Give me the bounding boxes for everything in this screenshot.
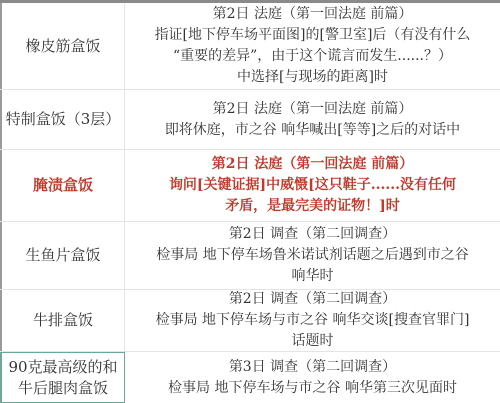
condition-line: 第2日 法庭（第一回法庭 前篇） [213, 4, 413, 25]
unlock-condition: 第2日 法庭（第一回法庭 前篇） 询问[关键证据]中威慑[这只鞋子......没… [125, 150, 500, 221]
condition-line: 检事局 地下停车场与市之谷 响华交谈[搜查官罪门] [156, 310, 470, 331]
condition-line: 指证[地下停车场平面图]的[警卫室]后（有没有什么 [155, 25, 471, 46]
item-name: 腌渍盒饭 [0, 150, 125, 221]
item-name: 牛排盒饭 [0, 290, 125, 351]
unlock-condition: 第2日 法庭（第一回法庭 前篇） 指证[地下停车场平面图]的[警卫室]后（有没有… [125, 3, 500, 89]
table-row: 橡皮筋盒饭 第2日 法庭（第一回法庭 前篇） 指证[地下停车场平面图]的[警卫室… [0, 3, 500, 90]
item-name: 生鱼片盒饭 [0, 222, 125, 289]
table-row: 90克最高级的和 牛后腿肉盒饭 第3日 调查（第二回调查） 检事局 地下停车场与… [0, 352, 500, 403]
table-row-highlighted: 腌渍盒饭 第2日 法庭（第一回法庭 前篇） 询问[关键证据]中威慑[这只鞋子..… [0, 150, 500, 222]
table-row: 牛排盒饭 第2日 调查（第二回调查） 检事局 地下停车场与市之谷 响华交谈[搜查… [0, 290, 500, 352]
item-name-line: 牛后腿肉盒饭 [18, 378, 108, 399]
condition-line: 话题时 [292, 331, 334, 352]
condition-line: 询问[关键证据]中威慑[这只鞋子......没有任何 [169, 175, 456, 196]
condition-line: 第2日 法庭（第一回法庭 前篇） [213, 99, 413, 120]
unlock-condition: 第2日 调查（第二回调查） 检事局 地下停车场鲁米诺试剂话题之后遇到市之谷 响华… [125, 222, 500, 289]
condition-line: 第2日 调查（第二回调查） [229, 224, 396, 245]
unlock-condition: 第3日 调查（第二回调查） 检事局 地下停车场与市之谷 响华第三次见面时 [125, 352, 500, 403]
condition-line: 即将休庭，市之谷 响华喊出[等等]之后的对话中 [165, 120, 460, 141]
unlock-condition: 第2日 调查（第二回调查） 检事局 地下停车场与市之谷 响华交谈[搜查官罪门] … [125, 290, 500, 351]
condition-line: “重要的差异”，由于这个谎言而发生......？） [173, 46, 452, 67]
item-name: 特制盒饭（3层） [0, 90, 125, 149]
table-row: 生鱼片盒饭 第2日 调查（第二回调查） 检事局 地下停车场鲁米诺试剂话题之后遇到… [0, 222, 500, 290]
condition-line: 检事局 地下停车场与市之谷 响华第三次见面时 [168, 378, 457, 399]
item-name: 90克最高级的和 牛后腿肉盒饭 [0, 352, 125, 403]
bento-unlock-table: 橡皮筋盒饭 第2日 法庭（第一回法庭 前篇） 指证[地下停车场平面图]的[警卫室… [0, 0, 500, 403]
condition-line: 第3日 调查（第二回调查） [229, 357, 396, 378]
unlock-condition: 第2日 法庭（第一回法庭 前篇） 即将休庭，市之谷 响华喊出[等等]之后的对话中 [125, 90, 500, 149]
condition-line: 第2日 调查（第二回调查） [229, 289, 396, 310]
condition-line: 中选择[与现场的距离]时 [237, 67, 388, 88]
item-name: 橡皮筋盒饭 [0, 3, 125, 89]
condition-line: 检事局 地下停车场鲁米诺试剂话题之后遇到市之谷 [156, 245, 468, 266]
condition-line: 矛盾，是最完美的证物！]时 [225, 196, 400, 217]
condition-line: 第2日 法庭（第一回法庭 前篇） [212, 154, 414, 175]
table-row: 特制盒饭（3层） 第2日 法庭（第一回法庭 前篇） 即将休庭，市之谷 响华喊出[… [0, 90, 500, 150]
condition-line: 响华时 [292, 266, 334, 287]
item-name-line: 90克最高级的和 [8, 357, 117, 378]
